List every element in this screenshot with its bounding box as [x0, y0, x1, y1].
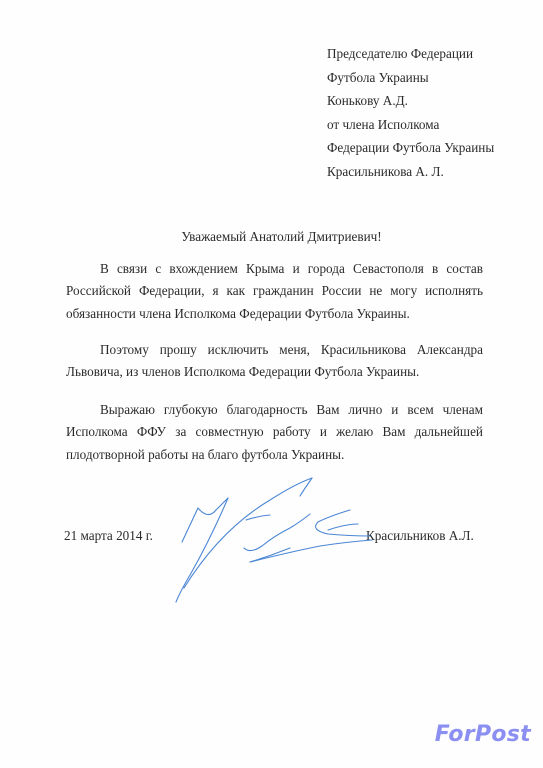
salutation: Уважаемый Анатолий Дмитриевич!	[0, 229, 543, 245]
addressee-line: Конькову А.Д.	[327, 89, 494, 113]
document-page: Председателю Федерации Футбола Украины К…	[0, 0, 543, 768]
addressee-line: Футбола Украины	[327, 66, 494, 90]
addressee-line: Федерации Футбола Украины	[327, 136, 494, 160]
body-paragraph-3: Выражаю глубокую благодарность Вам лично…	[66, 399, 483, 466]
addressee-line: Председателю Федерации	[327, 42, 494, 66]
signature-icon	[150, 470, 380, 605]
body-paragraph-1: В связи с вхождением Крыма и города Сева…	[66, 258, 483, 325]
body-paragraph-2: Поэтому прошу исключить меня, Красильник…	[66, 339, 483, 384]
letter-date: 21 марта 2014 г.	[64, 528, 153, 544]
addressee-block: Председателю Федерации Футбола Украины К…	[327, 42, 494, 184]
addressee-line: Красильникова А. Л.	[327, 160, 494, 184]
forpost-watermark: ForPost	[435, 722, 531, 747]
addressee-line: от члена Исполкома	[327, 113, 494, 137]
signer-name: Красильников А.Л.	[366, 528, 474, 544]
